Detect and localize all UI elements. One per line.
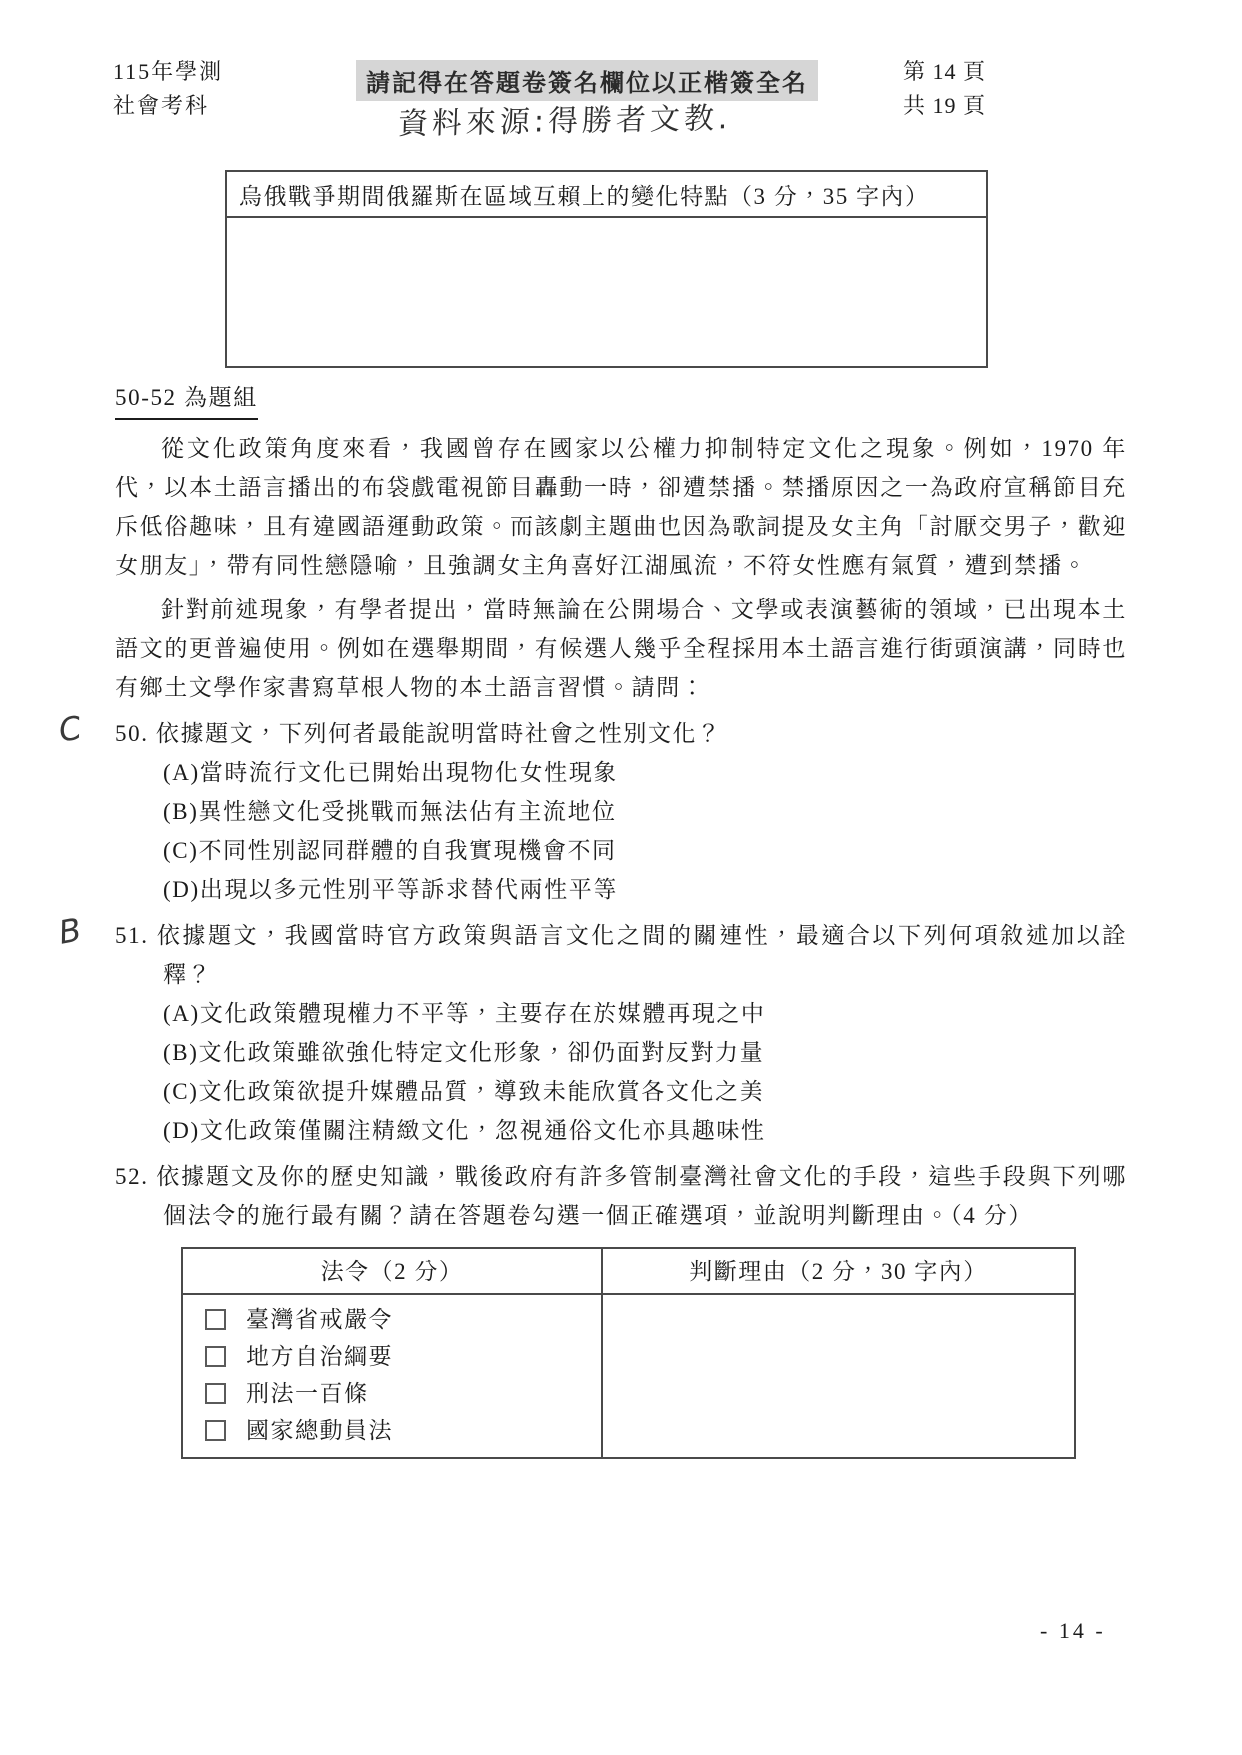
law-table-header-row: 法令（2 分） 判斷理由（2 分，30 字內） [182, 1248, 1075, 1294]
option-a: (A)當時流行文化已開始出現物化女性現象 [163, 753, 1127, 792]
question-52: 52. 依據題文及你的歷史知識，戰後政府有許多管制臺灣社會文化的手段，這些手段與… [115, 1157, 1127, 1459]
question-51-stem: 51. 依據題文，我國當時官方政策與語言文化之間的關連性，最適合以下列何項敘述加… [115, 916, 1127, 994]
question-52-text: 依據題文及你的歷史知識，戰後政府有許多管制臺灣社會文化的手段，這些手段與下列哪個… [156, 1164, 1127, 1228]
option-c: (C)不同性別認同群體的自我實現機會不同 [163, 831, 1127, 870]
question-50: C 50. 依據題文，下列何者最能說明當時社會之性別文化？ (A)當時流行文化已… [115, 714, 1127, 909]
law-table-body-row: 臺灣省戒嚴令 地方自治綱要 刑法一百條 國家總動員法 [182, 1294, 1075, 1458]
law-option-row: 刑法一百條 [205, 1375, 601, 1412]
subject-label: 社會考科 [113, 89, 223, 123]
law-option-label: 地方自治綱要 [246, 1337, 393, 1376]
page-total-label: 共 19 頁 [903, 89, 986, 123]
exam-year-label: 115年學測 [113, 55, 223, 89]
reason-blank-cell[interactable] [602, 1294, 1075, 1458]
question-51: B 51. 依據題文，我國當時官方政策與語言文化之間的關連性，最適合以下列何項敘… [115, 916, 1127, 1150]
option-d: (D)文化政策僅關注精緻文化，忽視通俗文化亦具趣味性 [163, 1111, 1127, 1150]
question-52-stem: 52. 依據題文及你的歷史知識，戰後政府有許多管制臺灣社會文化的手段，這些手段與… [115, 1157, 1127, 1235]
question-group-label: 50-52 為題組 [115, 378, 258, 420]
law-option-row: 地方自治綱要 [205, 1338, 601, 1375]
header-right: 第 14 頁 共 19 頁 [903, 55, 986, 123]
law-option-label: 臺灣省戒嚴令 [246, 1300, 393, 1339]
question-group-content: 50-52 為題組 從文化政策角度來看，我國曾存在國家以公權力抑制特定文化之現象… [115, 378, 1127, 1459]
option-b: (B)文化政策雖欲強化特定文化形象，卻仍面對反對力量 [163, 1033, 1127, 1072]
law-column-header: 法令（2 分） [182, 1248, 602, 1294]
answer-box-prompt: 烏俄戰爭期間俄羅斯在區域互賴上的變化特點（3 分，35 字內） [227, 172, 986, 218]
answer-box: 烏俄戰爭期間俄羅斯在區域互賴上的變化特點（3 分，35 字內） [225, 170, 988, 368]
question-50-stem: 50. 依據題文，下列何者最能說明當時社會之性別文化？ [115, 714, 1127, 753]
question-50-number: 50. [115, 721, 149, 746]
footer-page-number: - 14 - [1040, 1618, 1106, 1644]
header-left: 115年學測 社會考科 [113, 55, 223, 123]
checkbox-general-mobilization[interactable] [205, 1420, 226, 1441]
option-a: (A)文化政策體現權力不平等，主要存在於媒體再現之中 [163, 994, 1127, 1033]
handwritten-source-note: 資料來源:得勝者文教. [397, 93, 732, 143]
question-51-options: (A)文化政策體現權力不平等，主要存在於媒體再現之中 (B)文化政策雖欲強化特定… [115, 994, 1127, 1150]
law-options-cell: 臺灣省戒嚴令 地方自治綱要 刑法一百條 國家總動員法 [182, 1294, 602, 1458]
answer-box-blank-area[interactable] [227, 218, 986, 368]
law-option-row: 國家總動員法 [205, 1412, 601, 1449]
group-paragraph-1: 從文化政策角度來看，我國曾存在國家以公權力抑制特定文化之現象。例如，1970 年… [115, 429, 1127, 585]
page-number-label: 第 14 頁 [903, 55, 986, 89]
law-option-row: 臺灣省戒嚴令 [205, 1301, 601, 1338]
handwritten-answer-mark-q50: C [56, 708, 86, 751]
checkbox-criminal-code-100[interactable] [205, 1383, 226, 1404]
option-b: (B)異性戀文化受挑戰而無法佔有主流地位 [163, 792, 1127, 831]
exam-page: 115年學測 社會考科 請記得在答題卷簽名欄位以正楷簽全名 資料來源:得勝者文教… [0, 0, 1242, 1755]
option-c: (C)文化政策欲提升媒體品質，導致未能欣賞各文化之美 [163, 1072, 1127, 1111]
option-d: (D)出現以多元性別平等訴求替代兩性平等 [163, 870, 1127, 909]
reason-column-header: 判斷理由（2 分，30 字內） [602, 1248, 1075, 1294]
checkbox-martial-law[interactable] [205, 1309, 226, 1330]
group-paragraph-2: 針對前述現象，有學者提出，當時無論在公開場合、文學或表演藝術的領域，已出現本土語… [115, 590, 1127, 707]
checkbox-local-autonomy[interactable] [205, 1346, 226, 1367]
law-option-label: 國家總動員法 [246, 1411, 393, 1450]
handwritten-answer-mark-q51: B [56, 910, 86, 952]
law-option-label: 刑法一百條 [246, 1374, 369, 1413]
law-choice-table: 法令（2 分） 判斷理由（2 分，30 字內） 臺灣省戒嚴令 地方自治綱要 [181, 1247, 1076, 1459]
question-50-text: 依據題文，下列何者最能說明當時社會之性別文化？ [156, 721, 722, 746]
question-52-number: 52. [115, 1164, 149, 1189]
question-50-options: (A)當時流行文化已開始出現物化女性現象 (B)異性戀文化受挑戰而無法佔有主流地… [115, 753, 1127, 909]
question-51-text: 依據題文，我國當時官方政策與語言文化之間的關連性，最適合以下列何項敘述加以詮釋？ [157, 923, 1127, 987]
question-51-number: 51. [115, 923, 149, 948]
